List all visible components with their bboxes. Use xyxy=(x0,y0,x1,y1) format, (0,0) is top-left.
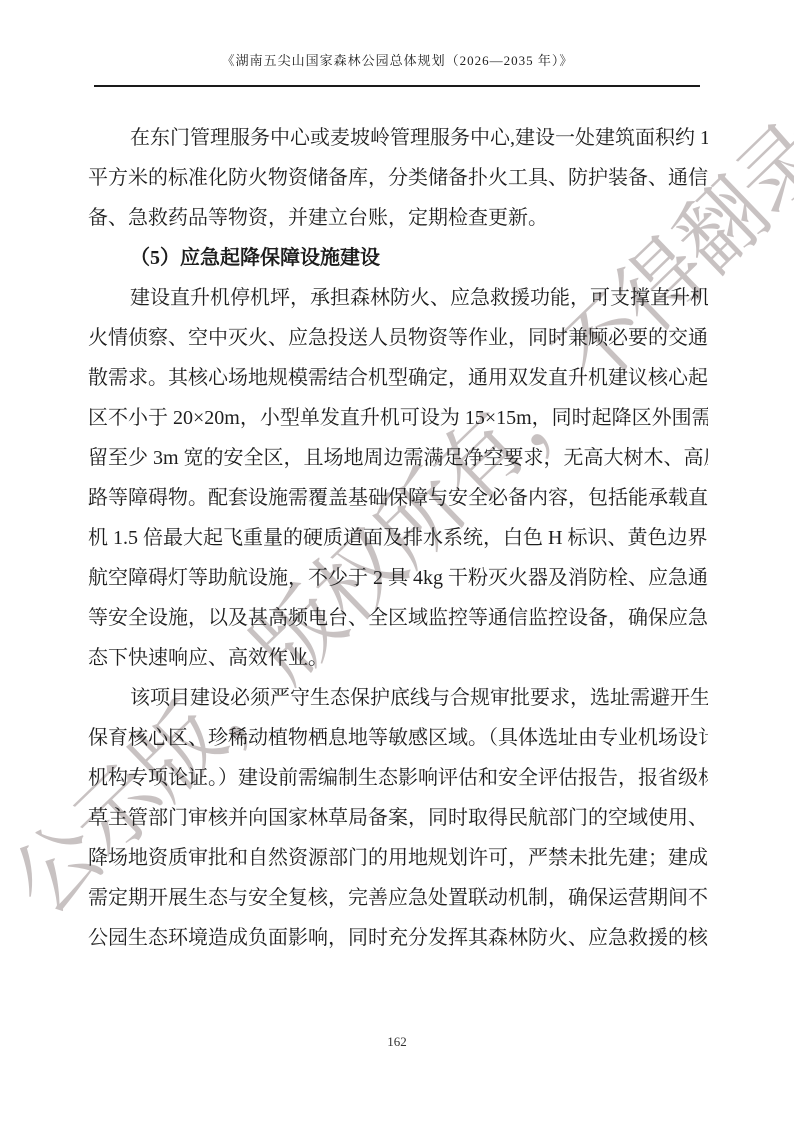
text-line: 路等障碍物。配套设施需覆盖基础保障与安全必备内容，包括能承载直升 xyxy=(88,478,708,518)
paragraph-fire-storage: 在东门管理服务中心或麦坡岭管理服务中心,建设一处建筑面积约 150平方米的标准化… xyxy=(88,118,708,238)
text-line: 在东门管理服务中心或麦坡岭管理服务中心,建设一处建筑面积约 150 xyxy=(88,118,708,158)
text-line: 态下快速响应、高效作业。 xyxy=(88,638,708,678)
text-line: 平方米的标准化防火物资储备库，分类储备扑火工具、防护装备、通信设 xyxy=(88,158,708,198)
page-header-title: 《湖南五尖山国家森林公园总体规划（2026—2035 年）》 xyxy=(95,50,700,69)
paragraph-helipad: 建设直升机停机坪，承担森林防火、应急救援功能，可支撑直升机开展火情侦察、空中灭火… xyxy=(88,278,708,678)
text-line: 需定期开展生态与安全复核，完善应急处置联动机制，确保运营期间不对 xyxy=(88,878,708,918)
section-heading: （5）应急起降保障设施建设 xyxy=(88,238,708,278)
text-line: 区不小于 20×20m，小型单发直升机可设为 15×15m，同时起降区外围需预 xyxy=(88,398,708,438)
text-line: 火情侦察、空中灭火、应急投送人员物资等作业，同时兼顾必要的交通集 xyxy=(88,318,708,358)
text-line: 机 1.5 倍最大起飞重量的硬质道面及排水系统，白色 H 标识、黄色边界线、 xyxy=(88,518,708,558)
text-line: 保育核心区、珍稀动植物栖息地等敏感区域。（具体选址由专业机场设计 xyxy=(88,718,708,758)
text-line: 公园生态环境造成负面影响，同时充分发挥其森林防火、应急救援的核心 xyxy=(88,918,708,958)
text-line: 等安全设施，以及甚高频电台、全区域监控等通信监控设备，确保应急状 xyxy=(88,598,708,638)
page-number: 162 xyxy=(0,1034,794,1050)
document-body: 在东门管理服务中心或麦坡岭管理服务中心,建设一处建筑面积约 150平方米的标准化… xyxy=(88,118,708,958)
text-line: 散需求。其核心场地规模需结合机型确定，通用双发直升机建议核心起降 xyxy=(88,358,708,398)
header-divider xyxy=(94,85,700,87)
text-line: 降场地资质审批和自然资源部门的用地规划许可，严禁未批先建；建成后 xyxy=(88,838,708,878)
text-line: 该项目建设必须严守生态保护底线与合规审批要求，选址需避开生态 xyxy=(88,678,708,718)
text-line: 机构专项论证。）建设前需编制生态影响评估和安全评估报告，报省级林 xyxy=(88,758,708,798)
document-page: 公示版，版权所有，不得翻录 《湖南五尖山国家森林公园总体规划（2026—2035… xyxy=(0,0,794,1122)
text-line: 建设直升机停机坪，承担森林防火、应急救援功能，可支撑直升机开展 xyxy=(88,278,708,318)
text-line: 留至少 3m 宽的安全区，且场地周边需满足净空要求，无高大树木、高压线 xyxy=(88,438,708,478)
text-line: 航空障碍灯等助航设施，不少于 2 具 4kg 干粉灭火器及消防栓、应急通道 xyxy=(88,558,708,598)
text-line: 草主管部门审核并向国家林草局备案，同时取得民航部门的空域使用、起 xyxy=(88,798,708,838)
text-line: 备、急救药品等物资，并建立台账，定期检查更新。 xyxy=(88,198,708,238)
paragraph-eco-compliance: 该项目建设必须严守生态保护底线与合规审批要求，选址需避开生态保育核心区、珍稀动植… xyxy=(88,678,708,958)
